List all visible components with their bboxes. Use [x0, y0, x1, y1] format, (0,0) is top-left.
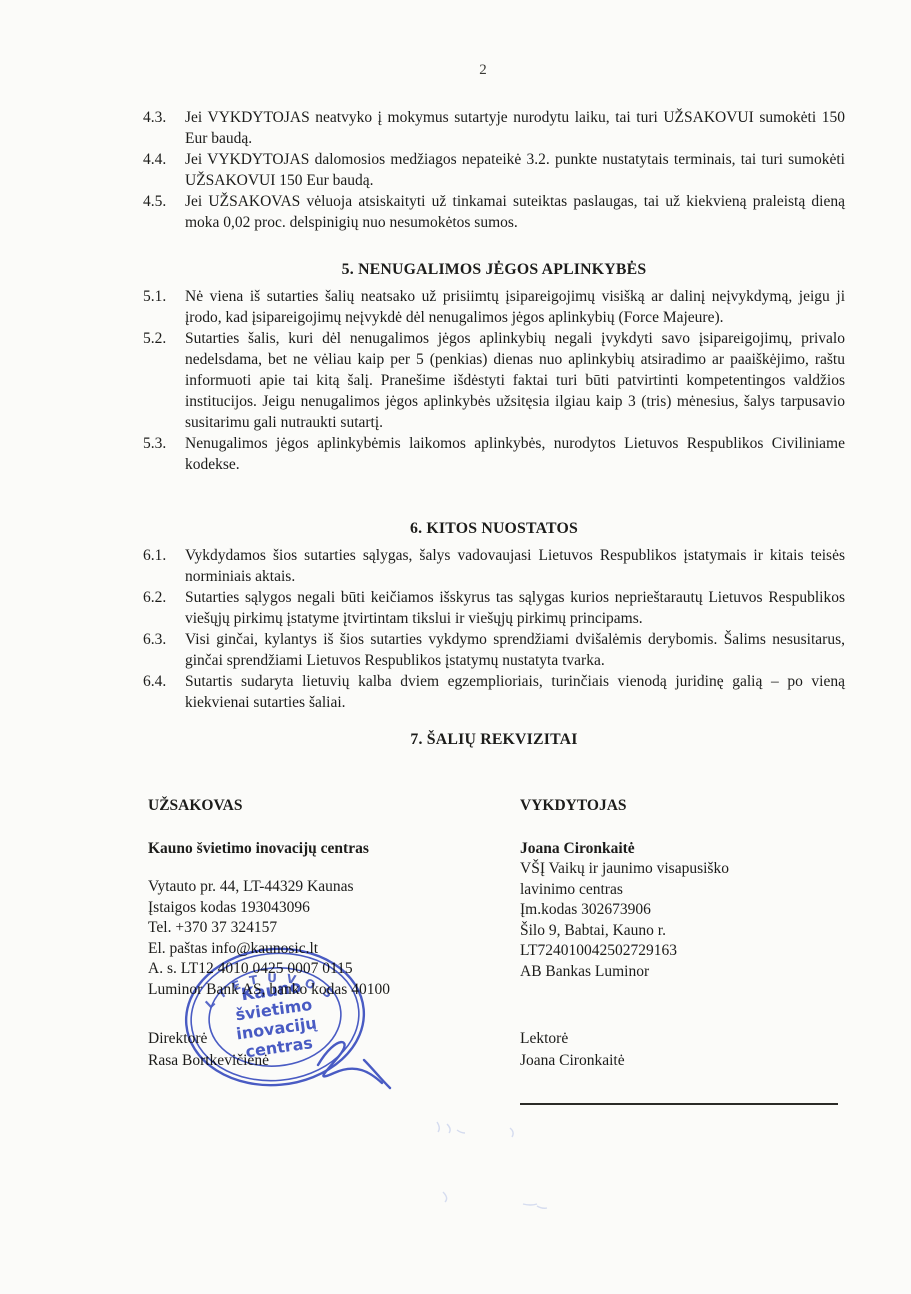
scan-smudge: [415, 1108, 585, 1218]
party-detail-line: Vytauto pr. 44, LT-44329 Kaunas: [148, 877, 498, 898]
clause-text: Sutarties sąlygos negali būti keičiamos …: [185, 587, 845, 629]
clause-number: 5.3.: [143, 433, 185, 475]
signer-block: Lektorė Joana Cironkaitė: [520, 1028, 625, 1071]
clause-6-4: 6.4. Sutartis sudaryta lietuvių kalba dv…: [143, 671, 845, 713]
clause-6-2: 6.2. Sutarties sąlygos negali būti keiči…: [143, 587, 845, 629]
section-6-heading: 6. KITOS NUOSTATOS: [143, 518, 845, 539]
clause-5-1: 5.1. Nė viena iš sutarties šalių neatsak…: [143, 286, 845, 328]
party-details: VŠĮ Vaikų ir jaunimo visapusiško lavinim…: [520, 859, 870, 982]
section-6: 6. KITOS NUOSTATOS 6.1. Vykdydamos šios …: [143, 518, 845, 713]
document-page: 2 4.3. Jei VYKDYTOJAS neatvyko į mokymus…: [0, 0, 911, 1294]
clause-5-3: 5.3. Nenugalimos jėgos aplinkybėmis laik…: [143, 433, 845, 475]
clause-text: Sutartis sudaryta lietuvių kalba dviem e…: [185, 671, 845, 713]
party-detail-line: Įstaigos kodas 193043096: [148, 898, 498, 919]
company-stamp: LIETUVOS Kauno švietimo inovacijų centra…: [168, 930, 418, 1105]
section-7: 7. ŠALIŲ REKVIZITAI: [143, 729, 845, 756]
party-detail-line: Įm.kodas 302673906: [520, 900, 870, 921]
section-7-heading: 7. ŠALIŲ REKVIZITAI: [143, 729, 845, 750]
party-detail-line: VŠĮ Vaikų ir jaunimo visapusiško: [520, 859, 870, 880]
section-4-clauses: 4.3. Jei VYKDYTOJAS neatvyko į mokymus s…: [143, 107, 845, 233]
clause-5-2: 5.2. Sutarties šalis, kuri dėl nenugalim…: [143, 328, 845, 433]
party-role-label: UŽSAKOVAS: [148, 795, 498, 816]
clause-text: Nė viena iš sutarties šalių neatsako už …: [185, 286, 845, 328]
section-5-heading: 5. NENUGALIMOS JĖGOS APLINKYBĖS: [143, 259, 845, 280]
clause-number: 6.3.: [143, 629, 185, 671]
clause-4-3: 4.3. Jei VYKDYTOJAS neatvyko į mokymus s…: [143, 107, 845, 149]
party-detail-line: LT724010042502729163: [520, 941, 870, 962]
party-detail-line: Šilo 9, Babtai, Kauno r.: [520, 921, 870, 942]
clause-text: Nenugalimos jėgos aplinkybėmis laikomos …: [185, 433, 845, 475]
signer-name: Joana Cironkaitė: [520, 1050, 625, 1072]
signature-line: [520, 1103, 838, 1105]
clause-number: 4.3.: [143, 107, 185, 149]
clause-number: 4.5.: [143, 191, 185, 233]
section-5: 5. NENUGALIMOS JĖGOS APLINKYBĖS 5.1. Nė …: [143, 259, 845, 475]
clause-number: 5.2.: [143, 328, 185, 433]
clause-6-3: 6.3. Visi ginčai, kylantys iš šios sutar…: [143, 629, 845, 671]
clause-text: Jei VYKDYTOJAS dalomosios medžiagos nepa…: [185, 149, 845, 191]
page-number: 2: [143, 60, 823, 81]
signer-title: Lektorė: [520, 1028, 625, 1050]
party-detail-line: lavinimo centras: [520, 880, 870, 901]
clause-4-4: 4.4. Jei VYKDYTOJAS dalomosios medžiagos…: [143, 149, 845, 191]
clause-text: Visi ginčai, kylantys iš šios sutarties …: [185, 629, 845, 671]
party-role-label: VYKDYTOJAS: [520, 795, 870, 816]
clause-number: 5.1.: [143, 286, 185, 328]
clause-number: 6.4.: [143, 671, 185, 713]
clause-4-5: 4.5. Jei UŽSAKOVAS vėluoja atsiskaityti …: [143, 191, 845, 233]
clause-text: Vykdydamos šios sutarties sąlygas, šalys…: [185, 545, 845, 587]
clause-text: Jei VYKDYTOJAS neatvyko į mokymus sutart…: [185, 107, 845, 149]
clause-number: 6.2.: [143, 587, 185, 629]
clause-number: 6.1.: [143, 545, 185, 587]
clause-text: Jei UŽSAKOVAS vėluoja atsiskaityti už ti…: [185, 191, 845, 233]
party-name: Joana Cironkaitė: [520, 838, 870, 859]
clause-text: Sutarties šalis, kuri dėl nenugalimos jė…: [185, 328, 845, 433]
clause-number: 4.4.: [143, 149, 185, 191]
signature-scribble: [318, 1042, 390, 1088]
clause-6-1: 6.1. Vykdydamos šios sutarties sąlygas, …: [143, 545, 845, 587]
party-vykdytojas: VYKDYTOJAS Joana Cironkaitė VŠĮ Vaikų ir…: [520, 795, 870, 1095]
party-name: Kauno švietimo inovacijų centras: [148, 838, 498, 859]
party-detail-line: AB Bankas Luminor: [520, 962, 870, 983]
